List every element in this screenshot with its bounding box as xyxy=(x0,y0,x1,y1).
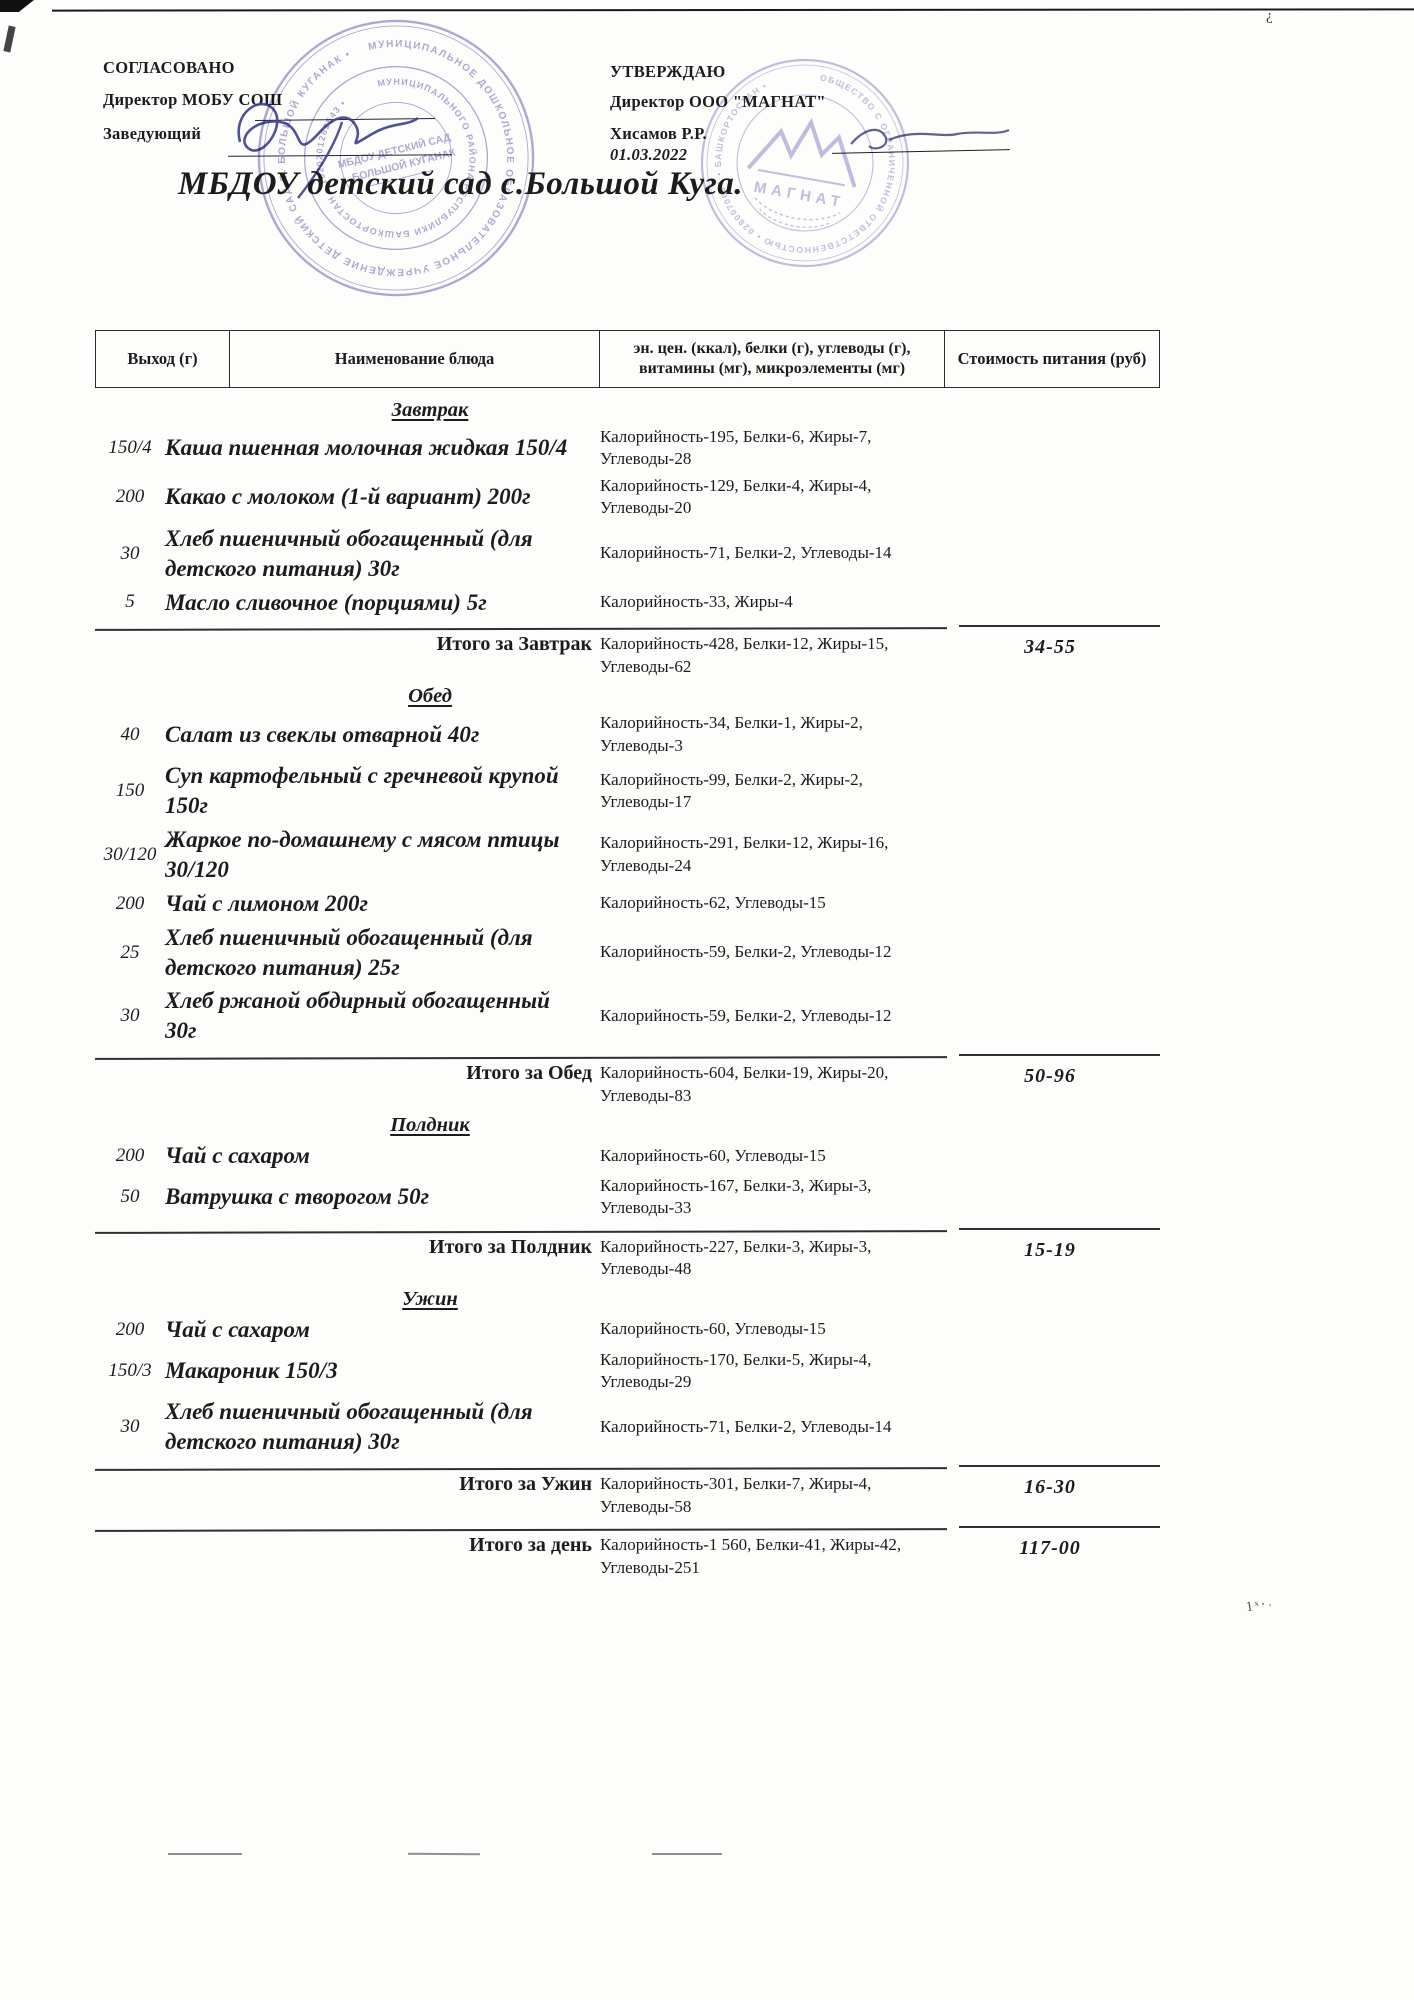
dish-row: 30Хлеб пшеничный обогащенный (для детско… xyxy=(95,1397,1160,1457)
section-divider xyxy=(95,625,1160,631)
dish-nutrition: Калорийность-59, Белки-2, Углеводы-12 xyxy=(600,1005,940,1027)
section-divider xyxy=(95,1465,1160,1471)
section-title: Завтрак xyxy=(335,399,525,422)
dish-output: 150/4 xyxy=(95,437,165,459)
dish-name: Каша пшенная молочная жидкая 150/4 xyxy=(165,433,600,463)
dish-row: 150Суп картофельный с гречневой крупой 1… xyxy=(95,761,1160,821)
section-total-row: Итого за УжинКалорийность-301, Белки-7, … xyxy=(95,1473,1160,1518)
total-nutrition: Калорийность-1 560, Белки-41, Жиры-42, У… xyxy=(600,1534,940,1579)
agreed-head-label: Заведующий xyxy=(103,124,201,144)
col-header-dish: Наименование блюда xyxy=(230,330,600,388)
scan-mark-top-right: ¿ xyxy=(1266,8,1273,25)
page-title: МБДОУ детский сад с.Большой Куга. xyxy=(178,166,743,203)
dish-row: 200Чай с сахаромКалорийность-60, Углевод… xyxy=(95,1141,1160,1171)
divider-line-left xyxy=(95,1528,947,1532)
dish-output: 200 xyxy=(95,1145,165,1167)
total-label: Итого за Обед xyxy=(95,1062,600,1085)
dish-nutrition: Калорийность-71, Белки-2, Углеводы-14 xyxy=(600,1416,940,1438)
scan-mark-right-margin: 1ˣ·˒ xyxy=(1245,1596,1276,1617)
total-cost: 117-00 xyxy=(940,1534,1160,1560)
dish-output: 200 xyxy=(95,893,165,915)
section-title-row: Обед xyxy=(95,685,1160,708)
dish-row: 200Чай с сахаромКалорийность-60, Углевод… xyxy=(95,1315,1160,1345)
approved-name: Хисамов Р.Р. xyxy=(610,124,707,144)
total-label: Итого за Полдник xyxy=(95,1236,600,1259)
scan-edge-smudge xyxy=(3,26,15,53)
divider-line-right xyxy=(959,1228,1160,1230)
dish-output: 30 xyxy=(95,1416,165,1438)
day-total-row: Итого за деньКалорийность-1 560, Белки-4… xyxy=(95,1534,1160,1579)
dish-name: Чай с сахаром xyxy=(165,1315,600,1345)
dish-row: 40Салат из свеклы отварной 40гКалорийнос… xyxy=(95,712,1160,757)
section-total-row: Итого за ОбедКалорийность-604, Белки-19,… xyxy=(95,1062,1160,1107)
col-header-cost: Стоимость питания (руб) xyxy=(945,330,1160,388)
divider-line-right xyxy=(959,1526,1160,1528)
dish-row: 30/120Жаркое по-домашнему с мясом птицы … xyxy=(95,825,1160,885)
total-label: Итого за Завтрак xyxy=(95,633,600,656)
dish-output: 200 xyxy=(95,486,165,508)
dish-nutrition: Калорийность-129, Белки-4, Жиры-4, Углев… xyxy=(600,475,940,520)
dish-nutrition: Калорийность-195, Белки-6, Жиры-7, Углев… xyxy=(600,426,940,471)
divider-line-right xyxy=(959,1465,1160,1467)
dish-output: 5 xyxy=(95,591,165,613)
scan-top-rule xyxy=(52,8,1414,11)
section-divider xyxy=(95,1054,1160,1060)
total-label: Итого за день xyxy=(95,1534,600,1557)
dish-name: Хлеб пшеничный обогащенный (для детского… xyxy=(165,1397,600,1457)
bottom-blank-line xyxy=(168,1853,242,1855)
svg-text:МУНИЦИПАЛЬНОГО РАЙОНА РЕСПУБЛИ: МУНИЦИПАЛЬНОГО РАЙОНА РЕСПУБЛИКИ БАШКОРТ… xyxy=(297,59,495,257)
approved-date: 01.03.2022 xyxy=(610,145,687,165)
dish-name: Чай с сахаром xyxy=(165,1141,600,1171)
svg-text:МУНИЦИПАЛЬНОЕ ДОШКОЛЬНОЕ ОБРАЗ: МУНИЦИПАЛЬНОЕ ДОШКОЛЬНОЕ ОБРАЗОВАТЕЛЬНОЕ… xyxy=(251,13,540,302)
dish-nutrition: Калорийность-99, Белки-2, Жиры-2, Углево… xyxy=(600,769,940,814)
table-header: Выход (г) Наименование блюда эн. цен. (к… xyxy=(95,330,1160,388)
document-page: ¿ 1ˣ·˒ СОГЛАСОВАНО Директор МОБУ СОШ Зав… xyxy=(0,0,1414,2000)
col-header-output: Выход (г) xyxy=(95,330,230,388)
total-nutrition: Калорийность-428, Белки-12, Жиры-15, Угл… xyxy=(600,633,940,678)
dish-output: 150 xyxy=(95,780,165,802)
dish-name: Салат из свеклы отварной 40г xyxy=(165,720,600,750)
section-divider xyxy=(95,1526,1160,1532)
dish-nutrition: Калорийность-167, Белки-3, Жиры-3, Углев… xyxy=(600,1175,940,1220)
divider-line-left xyxy=(95,1230,947,1234)
total-nutrition: Калорийность-604, Белки-19, Жиры-20, Угл… xyxy=(600,1062,940,1107)
dish-name: Ватрушка с творогом 50г xyxy=(165,1182,600,1212)
agreed-label: СОГЛАСОВАНО xyxy=(103,58,235,78)
dish-nutrition: Калорийность-60, Углеводы-15 xyxy=(600,1145,940,1167)
divider-line-left xyxy=(95,1056,947,1060)
dish-output: 30/120 xyxy=(95,844,165,866)
divider-line-left xyxy=(95,628,947,632)
dish-output: 150/3 xyxy=(95,1360,165,1382)
scan-corner-mark xyxy=(0,0,34,12)
menu-body: Завтрак150/4Каша пшенная молочная жидкая… xyxy=(95,392,1160,1583)
section-title-row: Ужин xyxy=(95,1288,1160,1311)
section-title: Полдник xyxy=(335,1114,525,1137)
dish-row: 25Хлеб пшеничный обогащенный (для детско… xyxy=(95,923,1160,983)
dish-output: 50 xyxy=(95,1186,165,1208)
approved-label: УТВЕРЖДАЮ xyxy=(610,62,726,82)
dish-name: Жаркое по-домашнему с мясом птицы 30/120 xyxy=(165,825,600,885)
total-nutrition: Калорийность-227, Белки-3, Жиры-3, Углев… xyxy=(600,1236,940,1281)
stamp-ring-text: ОБЩЕСТВО С ОГРАНИЧЕННОЙ ОТВЕТСТВЕННОСТЬЮ… xyxy=(698,56,911,269)
section-title: Обед xyxy=(335,685,525,708)
dish-row: 150/3Макароник 150/3Калорийность-170, Бе… xyxy=(95,1349,1160,1394)
dish-name: Хлеб пшеничный обогащенный (для детского… xyxy=(165,524,600,584)
bottom-blank-line xyxy=(408,1853,480,1856)
section-title: Ужин xyxy=(335,1288,525,1311)
magnat-round-stamp: ОБЩЕСТВО С ОГРАНИЧЕННОЙ ОТВЕТСТВЕННОСТЬЮ… xyxy=(681,39,929,287)
bottom-blank-line xyxy=(652,1853,722,1855)
dish-nutrition: Калорийность-62, Углеводы-15 xyxy=(600,892,940,914)
dish-row: 50Ватрушка с творогом 50гКалорийность-16… xyxy=(95,1175,1160,1220)
total-cost: 50-96 xyxy=(940,1062,1160,1088)
divider-line-right xyxy=(959,625,1160,627)
col-header-nutrition: эн. цен. (ккал), белки (г), углеводы (г)… xyxy=(600,330,945,388)
dish-row: 200Чай с лимоном 200гКалорийность-62, Уг… xyxy=(95,889,1160,919)
dish-nutrition: Калорийность-60, Углеводы-15 xyxy=(600,1318,940,1340)
total-cost: 16-30 xyxy=(940,1473,1160,1499)
dish-row: 150/4Каша пшенная молочная жидкая 150/4К… xyxy=(95,426,1160,471)
dish-name: Макароник 150/3 xyxy=(165,1356,600,1386)
stamp-ring-text: МУНИЦИПАЛЬНОЕ ДОШКОЛЬНОЕ ОБРАЗОВАТЕЛЬНОЕ… xyxy=(251,13,540,302)
dish-output: 25 xyxy=(95,942,165,964)
total-label: Итого за Ужин xyxy=(95,1473,600,1496)
section-title-row: Завтрак xyxy=(95,399,1160,422)
total-nutrition: Калорийность-301, Белки-7, Жиры-4, Углев… xyxy=(600,1473,940,1518)
dish-nutrition: Калорийность-291, Белки-12, Жиры-16, Угл… xyxy=(600,832,940,877)
dish-output: 200 xyxy=(95,1319,165,1341)
divider-line-left xyxy=(95,1467,947,1471)
section-title-row: Полдник xyxy=(95,1114,1160,1137)
svg-text:ОБЩЕСТВО С ОГРАНИЧЕННОЙ ОТВЕТС: ОБЩЕСТВО С ОГРАНИЧЕННОЙ ОТВЕТСТВЕННОСТЬЮ… xyxy=(698,56,911,269)
dish-nutrition: Калорийность-33, Жиры-4 xyxy=(600,591,940,613)
dish-name: Чай с лимоном 200г xyxy=(165,889,600,919)
section-total-row: Итого за ЗавтракКалорийность-428, Белки-… xyxy=(95,633,1160,678)
dish-name: Суп картофельный с гречневой крупой 150г xyxy=(165,761,600,821)
dish-nutrition: Калорийность-71, Белки-2, Углеводы-14 xyxy=(600,542,940,564)
dish-name: Какао с молоком (1-й вариант) 200г xyxy=(165,482,600,512)
dish-nutrition: Калорийность-34, Белки-1, Жиры-2, Углево… xyxy=(600,712,940,757)
dish-row: 30Хлеб пшеничный обогащенный (для детско… xyxy=(95,524,1160,584)
dish-row: 5Масло сливочное (порциями) 5гКалорийнос… xyxy=(95,588,1160,618)
section-divider xyxy=(95,1228,1160,1234)
total-cost: 34-55 xyxy=(940,633,1160,659)
dish-output: 30 xyxy=(95,543,165,565)
stamp-ring-text: МУНИЦИПАЛЬНОГО РАЙОНА РЕСПУБЛИКИ БАШКОРТ… xyxy=(297,59,495,257)
dish-name: Масло сливочное (порциями) 5г xyxy=(165,588,600,618)
dish-nutrition: Калорийность-170, Белки-5, Жиры-4, Углев… xyxy=(600,1349,940,1394)
dish-nutrition: Калорийность-59, Белки-2, Углеводы-12 xyxy=(600,941,940,963)
dish-name: Хлеб пшеничный обогащенный (для детского… xyxy=(165,923,600,983)
dish-row: 200Какао с молоком (1-й вариант) 200гКал… xyxy=(95,475,1160,520)
total-cost: 15-19 xyxy=(940,1236,1160,1262)
section-total-row: Итого за ПолдникКалорийность-227, Белки-… xyxy=(95,1236,1160,1281)
dish-name: Хлеб ржаной обдирный обогащенный 30г xyxy=(165,986,600,1046)
dish-row: 30Хлеб ржаной обдирный обогащенный 30гКа… xyxy=(95,986,1160,1046)
divider-line-right xyxy=(959,1054,1160,1056)
dish-output: 40 xyxy=(95,724,165,746)
dish-output: 30 xyxy=(95,1005,165,1027)
